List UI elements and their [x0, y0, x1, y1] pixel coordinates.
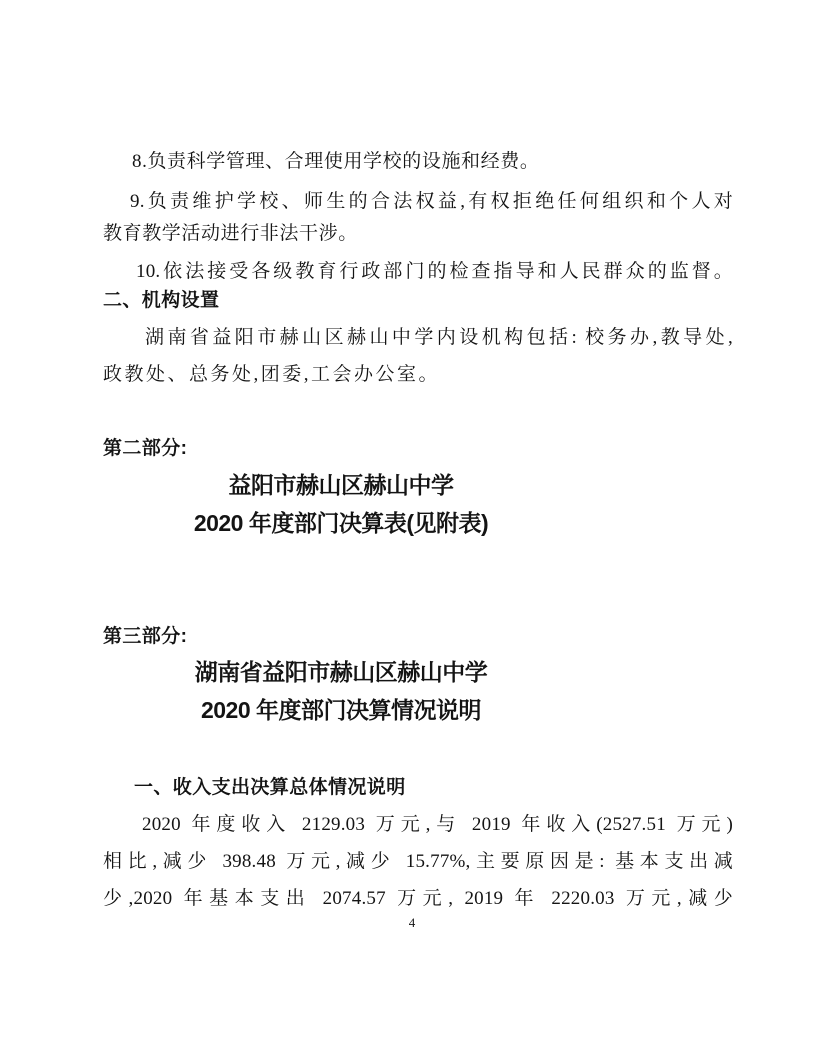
- summary-line1: 2020 年度收入 2129.03 万元,与 2019 年收入(2527.51 …: [103, 806, 733, 843]
- part3-label: 第三部分:: [103, 618, 733, 655]
- page-number: 4: [103, 915, 733, 931]
- duty-item-9-line2: 教育教学活动进行非法干涉。: [103, 215, 733, 252]
- text-column: 8.负责科学管理、合理使用学校的设施和经费。 9.负责维护学校、师生的合法权益,…: [103, 0, 733, 931]
- org-setup-line1: 湖南省益阳市赫山区赫山中学内设机构包括: 校务办,教导处,: [103, 319, 733, 356]
- summary-line2: 相比,减少 398.48 万元,减少 15.77%,主要原因是: 基本支出减: [103, 843, 733, 880]
- summary-line3: 少,2020 年基本支出 2074.57 万元, 2019 年 2220.03 …: [103, 880, 733, 917]
- part3-title-line1: 湖南省益阳市赫山区赫山中学: [103, 653, 579, 691]
- part3-title-line2: 2020 年度部门决算情况说明: [103, 691, 579, 729]
- part2-title-line2: 2020 年度部门决算表(见附表): [103, 504, 579, 542]
- duty-item-8: 8.负责科学管理、合理使用学校的设施和经费。: [103, 143, 733, 180]
- document-page: 8.负责科学管理、合理使用学校的设施和经费。 9.负责维护学校、师生的合法权益,…: [0, 0, 815, 1055]
- income-expense-section-heading: 一、收入支出决算总体情况说明: [103, 769, 733, 806]
- part3-title-block: 湖南省益阳市赫山区赫山中学 2020 年度部门决算情况说明: [103, 653, 579, 729]
- org-setup-line2: 政教处、总务处,团委,工会办公室。: [103, 356, 733, 393]
- part2-title-block: 益阳市赫山区赫山中学 2020 年度部门决算表(见附表): [103, 466, 579, 542]
- part2-label: 第二部分:: [103, 430, 733, 467]
- part2-title-line1: 益阳市赫山区赫山中学: [103, 466, 579, 504]
